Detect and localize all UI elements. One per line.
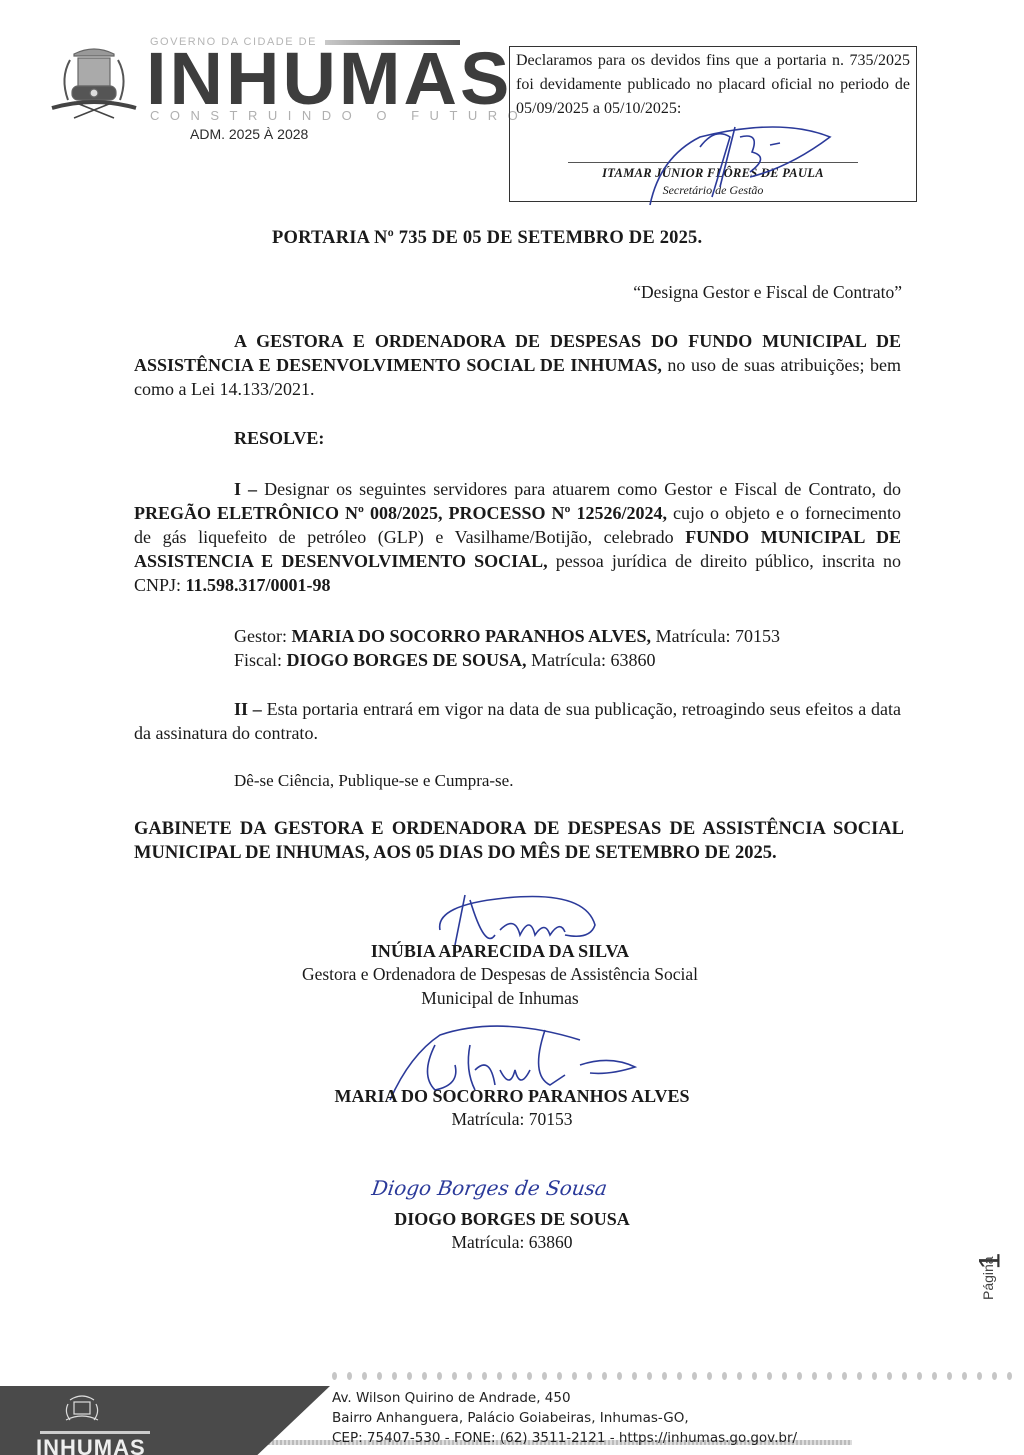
fiscal-line: Fiscal: DIOGO BORGES DE SOUSA, Matrícula… [234,648,656,672]
brand-logo-text: INHUMAS [146,42,512,116]
footer-dot [677,1372,682,1380]
signer-role: Gestora e Ordenadora de Despesas de Assi… [0,962,1012,986]
closing-formula: Dê-se Ciência, Publique-se e Cumpra-se. [234,771,513,791]
footer-dot [482,1372,487,1380]
article-1-number: I – [234,479,257,499]
footer-address: Av. Wilson Quirino de Andrade, 450 Bairr… [332,1388,797,1448]
footer-dot [527,1372,532,1380]
footer-dot [467,1372,472,1380]
footer-dot [392,1372,397,1380]
signature-block-gestora: INÚBIA APARECIDA DA SILVA Gestora e Orde… [0,940,1012,1010]
footer-dot [932,1372,937,1380]
footer-dot [902,1372,907,1380]
fiscal-label: Fiscal: [234,650,287,670]
footer-dot [707,1372,712,1380]
article-1-procurement-ref: PREGÃO ELETRÔNICO Nº 008/2025, PROCESSO … [134,503,667,523]
signature-block-fiscal: DIOGO BORGES DE SOUSA Matrícula: 63860 [0,1208,1024,1254]
article-1-text-1: Designar os seguintes servidores para at… [257,479,901,499]
footer-dot [872,1372,877,1380]
footer-dot [572,1372,577,1380]
footer-dot [632,1372,637,1380]
footer-dot [887,1372,892,1380]
article-2-number: II – [234,699,262,719]
page-label: Página [980,1256,996,1300]
signer-name: MARIA DO SOCORRO PARANHOS ALVES [0,1085,1024,1107]
footer-dot [947,1372,952,1380]
gestor-label: Gestor: [234,626,292,646]
footer-dot [812,1372,817,1380]
signer-matricula: Matrícula: 70153 [0,1107,1024,1131]
footer-dot [512,1372,517,1380]
tagline: CONSTRUINDO O FUTURO [150,108,460,123]
declaration-signer-name: ITAMAR JÚNIOR FLÔRES DE PAULA [510,166,916,181]
declaration-signer-role: Secretário de Gestão [510,183,916,198]
fiscal-name: DIOGO BORGES DE SOUSA, [287,650,527,670]
footer-dot [992,1372,997,1380]
footer-dot [617,1372,622,1380]
footer-dot [722,1372,727,1380]
footer-dot [827,1372,832,1380]
fiscal-matricula: Matrícula: 63860 [527,650,656,670]
declaration-text: Declaramos para os devidos fins que a po… [516,49,910,121]
footer-dot [782,1372,787,1380]
footer-dot [842,1372,847,1380]
footer-dot [737,1372,742,1380]
footer-contact-line[interactable]: CEP: 75407-530 - FONE: (62) 3511-2121 - … [332,1428,797,1448]
footer-dot [917,1372,922,1380]
footer-dot [692,1372,697,1380]
footer-dot [587,1372,592,1380]
footer-dot [497,1372,502,1380]
footer-gov-line [40,1431,150,1434]
footer-dot [1007,1372,1012,1380]
cabinet-statement: GABINETE DA GESTORA E ORDENADORA DE DESP… [134,817,904,865]
signer-role-cont: Municipal de Inhumas [0,986,1012,1010]
footer-brand: INHUMAS [36,1437,146,1455]
document-title: PORTARIA Nº 735 DE 05 DE SETEMBRO DE 202… [272,228,702,249]
signer-name: INÚBIA APARECIDA DA SILVA [0,940,1012,962]
signer-name: DIOGO BORGES DE SOUSA [0,1208,1024,1230]
footer-dot [542,1372,547,1380]
signature-line [568,162,858,163]
footer-dot [797,1372,802,1380]
footer-dot [962,1372,967,1380]
preamble-paragraph: A GESTORA E ORDENADORA DE DESPESAS DO FU… [134,329,901,401]
footer-dot [977,1372,982,1380]
footer-dot [452,1372,457,1380]
footer-dot [437,1372,442,1380]
administration-period: ADM. 2025 À 2028 [190,126,308,142]
footer-dot [422,1372,427,1380]
footer-dot [662,1372,667,1380]
gestor-name: MARIA DO SOCORRO PARANHOS ALVES, [292,626,652,646]
footer-dot [377,1372,382,1380]
document-ementa: “Designa Gestor e Fiscal de Contrato” [633,282,902,303]
footer-dot [407,1372,412,1380]
resolve-heading: RESOLVE: [234,428,324,449]
coat-of-arms-icon [44,36,144,124]
publication-declaration-box: Declaramos para os devidos fins que a po… [509,46,917,202]
gestor-line: Gestor: MARIA DO SOCORRO PARANHOS ALVES,… [234,624,780,648]
footer-dot [362,1372,367,1380]
footer-address-line-2: Bairro Anhanguera, Palácio Goiabeiras, I… [332,1408,797,1428]
footer-dot [602,1372,607,1380]
footer-dot [767,1372,772,1380]
footer-dot [647,1372,652,1380]
article-1-cnpj: 11.598.317/0001-98 [186,575,331,595]
handwritten-signature-diogo: Diogo Borges de Sousa [370,1176,608,1200]
footer-crest-icon [58,1392,106,1428]
footer-dot [857,1372,862,1380]
signer-matricula: Matrícula: 63860 [0,1230,1024,1254]
footer-dot [752,1372,757,1380]
signature-block-gestor: MARIA DO SOCORRO PARANHOS ALVES Matrícul… [0,1085,1024,1131]
footer-address-line-1: Av. Wilson Quirino de Andrade, 450 [332,1388,797,1408]
article-2-paragraph: II – Esta portaria entrará em vigor na d… [134,697,901,745]
footer-dot [557,1372,562,1380]
page-number-marker: 1 Página [970,1248,1020,1338]
footer-dots-decoration [332,1372,1022,1382]
footer-dot [332,1372,337,1380]
gestor-matricula: Matrícula: 70153 [651,626,780,646]
article-1-paragraph: I – Designar os seguintes servidores par… [134,477,901,597]
footer-dot [347,1372,352,1380]
